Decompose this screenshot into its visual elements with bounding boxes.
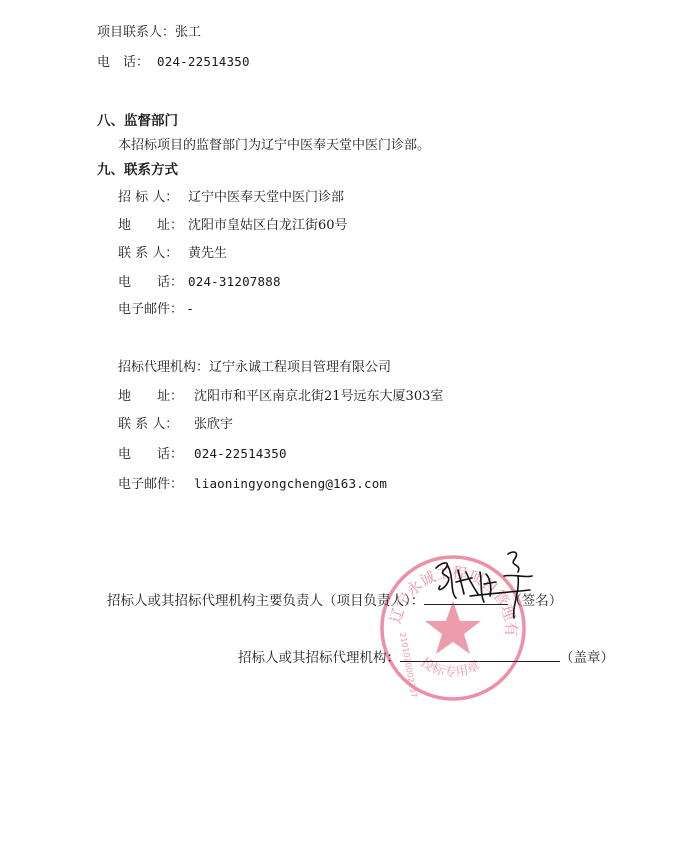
- agency-name-line: 招标代理机构：辽宁永诚工程项目管理有限公司: [118, 359, 391, 377]
- tenderer-contact-label: 联 系 人：: [118, 245, 188, 263]
- project-phone-label: 电 话：: [97, 54, 157, 72]
- project-phone-value: 024-22514350: [157, 54, 250, 69]
- signature-field[interactable]: [424, 590, 508, 605]
- seal-field[interactable]: [400, 647, 560, 662]
- project-contact-value: 张工: [175, 25, 201, 40]
- project-contact-line: 项目联系人：张工: [97, 24, 201, 42]
- seal-suffix: （盖章）: [560, 650, 614, 666]
- tenderer-address-value: 沈阳市皇姑区白龙江街60号: [188, 218, 348, 233]
- tenderer-email-value: -: [188, 302, 192, 317]
- agency-email-link[interactable]: liaoningyongcheng@163.com: [194, 476, 387, 491]
- agency-phone-line: 电 话：024-22514350: [118, 445, 287, 464]
- project-contact-label: 项目联系人：: [97, 25, 175, 40]
- agency-email-line: 电子邮件：liaoningyongcheng@163.com: [118, 475, 387, 494]
- project-phone-line: 电 话：024-22514350: [97, 53, 250, 72]
- tenderer-name-line: 招 标 人：辽宁中医奉天堂中医门诊部: [118, 189, 344, 207]
- tenderer-contact-line: 联 系 人：黄先生: [118, 245, 227, 263]
- agency-email-label: 电子邮件：: [118, 476, 194, 494]
- responsible-suffix: （签名）: [508, 593, 562, 609]
- section8-heading: 八、监督部门: [97, 112, 178, 130]
- tenderer-contact-value: 黄先生: [188, 246, 227, 261]
- tenderer-name-label: 招 标 人：: [118, 189, 188, 207]
- responsible-signature-line: 招标人或其招标代理机构主要负责人（项目负责人）：（签名）: [107, 590, 562, 610]
- tenderer-phone-line: 电 话：024-31207888: [118, 273, 281, 292]
- agency-contact-label: 联 系 人：: [118, 416, 194, 434]
- seal-label: 招标人或其招标代理机构：: [238, 650, 400, 666]
- agency-contact-line: 联 系 人：张欣宇: [118, 416, 233, 434]
- company-seal-icon: 辽宁永诚工程项目管理有限公司 2101020002337 投标专用章: [378, 553, 528, 703]
- agency-phone-label: 电 话：: [118, 446, 194, 464]
- agency-name-value: 辽宁永诚工程项目管理有限公司: [209, 360, 391, 375]
- tenderer-email-label: 电子邮件：: [118, 301, 188, 319]
- tenderer-phone-label: 电 话：: [118, 274, 188, 292]
- agency-address-label: 地 址：: [118, 388, 194, 406]
- tenderer-phone-value: 024-31207888: [188, 274, 281, 289]
- agency-address-line: 地 址：沈阳市和平区南京北街21号远东大厦303室: [118, 388, 443, 406]
- tenderer-address-label: 地 址：: [118, 217, 188, 235]
- section8-text: 本招标项目的监督部门为辽宁中医奉天堂中医门诊部。: [118, 137, 430, 155]
- section9-heading: 九、联系方式: [97, 161, 178, 179]
- agency-name-label: 招标代理机构：: [118, 360, 209, 375]
- handwritten-signature-icon: [430, 548, 540, 628]
- tenderer-email-line: 电子邮件：-: [118, 301, 192, 319]
- responsible-label: 招标人或其招标代理机构主要负责人（项目负责人）：: [107, 593, 424, 609]
- agency-phone-value: 024-22514350: [194, 446, 287, 461]
- tenderer-name-value: 辽宁中医奉天堂中医门诊部: [188, 190, 344, 205]
- seal-line: 招标人或其招标代理机构：（盖章）: [238, 647, 614, 667]
- agency-address-value: 沈阳市和平区南京北街21号远东大厦303室: [194, 389, 443, 404]
- agency-contact-value: 张欣宇: [194, 417, 233, 432]
- tenderer-address-line: 地 址：沈阳市皇姑区白龙江街60号: [118, 217, 348, 235]
